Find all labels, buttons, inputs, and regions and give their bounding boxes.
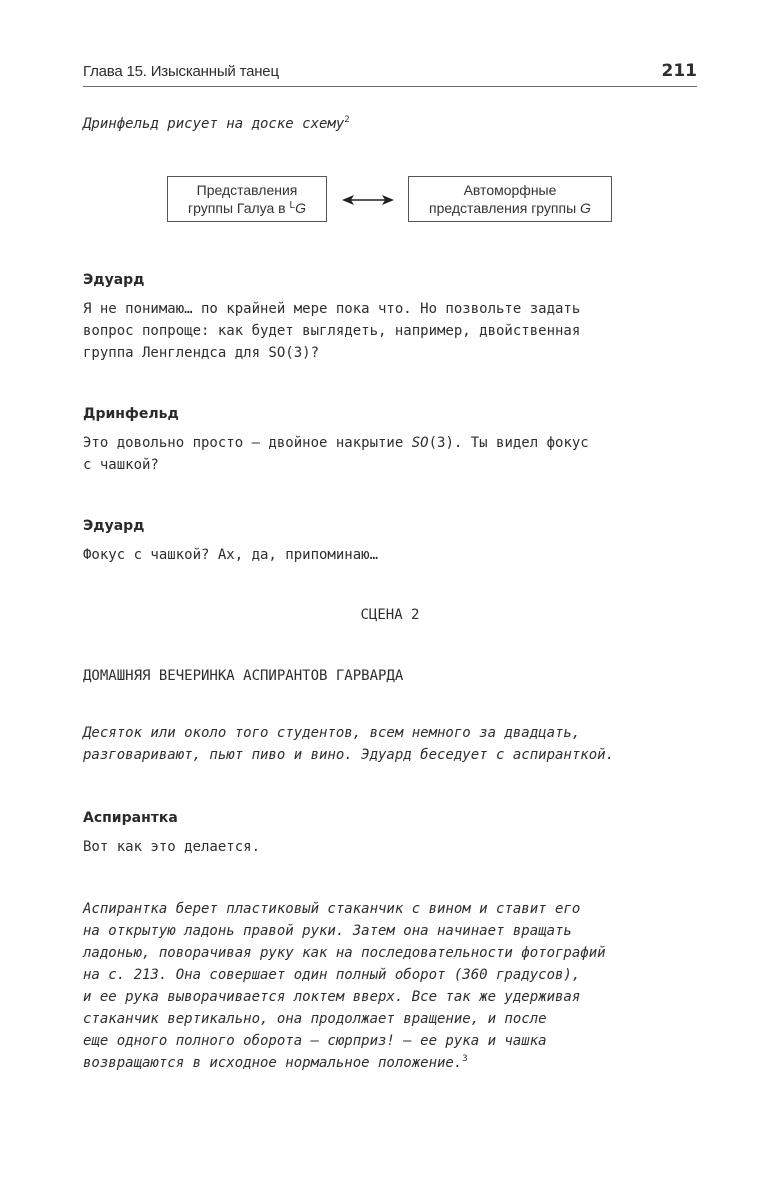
- text-line: Десяток или около того студентов, всем н…: [83, 722, 743, 744]
- double-arrow-icon: [342, 190, 394, 210]
- box-text: представления группы: [429, 200, 580, 216]
- text-line: и ее рука выворачивается локтем вверх. В…: [83, 986, 743, 1008]
- dialogue-text: Вот как это делается.: [83, 836, 743, 858]
- dialogue-text: Это довольно просто — двойное накрытие S…: [83, 432, 743, 476]
- box-text: группы Галуа в: [188, 200, 289, 216]
- footnote-ref: 2: [344, 115, 349, 125]
- text-line: на с. 213. Она совершает один полный обо…: [83, 964, 743, 986]
- text-span: возвращаются в исходное нормальное полож…: [83, 1055, 462, 1071]
- symbol-g: G: [580, 200, 591, 216]
- text-line: на открытую ладонь правой руки. Затем он…: [83, 920, 743, 942]
- diagram-box-galois: Представления группы Галуа в LG: [167, 176, 327, 222]
- box-line: Представления: [168, 181, 326, 199]
- box-line: Автоморфные: [409, 181, 611, 199]
- text-line: вопрос попроще: как будет выглядеть, нап…: [83, 320, 743, 342]
- footnote-ref: 3: [462, 1054, 467, 1064]
- scene-location: ДОМАШНЯЯ ВЕЧЕРИНКА АСПИРАНТОВ ГАРВАРДА: [83, 665, 743, 687]
- chapter-title: Глава 15. Изысканный танец: [83, 63, 279, 80]
- text-line: разговаривают, пьют пиво и вино. Эдуард …: [83, 744, 743, 766]
- text-line: ладонью, поворачивая руку как на последо…: [83, 942, 743, 964]
- text-line: Это довольно просто — двойное накрытие S…: [83, 432, 743, 454]
- symbol-g: G: [295, 200, 306, 216]
- text-line: еще одного полного оборота — сюрприз! — …: [83, 1030, 743, 1052]
- speaker-name: Эдуард: [83, 272, 144, 288]
- text-line: стаканчик вертикально, она продолжает вр…: [83, 1008, 743, 1030]
- speaker-name: Дринфельд: [83, 406, 179, 422]
- dialogue-text: Фокус с чашкой? Ах, да, припоминаю…: [83, 544, 743, 566]
- text-span: Это довольно просто — двойное накрытие: [83, 435, 412, 451]
- text-line: Я не понимаю… по крайней мере пока что. …: [83, 298, 743, 320]
- math-so: SO: [412, 435, 429, 451]
- text-line: Вот как это делается.: [83, 836, 743, 858]
- scene-heading: СЦЕНА 2: [0, 607, 780, 623]
- text-line: с чашкой?: [83, 454, 743, 476]
- speaker-name: Эдуард: [83, 518, 144, 534]
- text-line: возвращаются в исходное нормальное полож…: [83, 1052, 743, 1074]
- text-span: (3). Ты видел фокус: [429, 435, 589, 451]
- scene-direction: Десяток или около того студентов, всем н…: [83, 722, 743, 766]
- text-line: Фокус с чашкой? Ах, да, припоминаю…: [83, 544, 743, 566]
- text-line: группа Ленглендса для SO(3)?: [83, 342, 743, 364]
- text-line: Аспирантка берет пластиковый стаканчик с…: [83, 898, 743, 920]
- running-header: Глава 15. Изысканный танец 211: [83, 60, 697, 87]
- book-page: Глава 15. Изысканный танец 211 Дринфельд…: [0, 0, 780, 1200]
- dialogue-text: Я не понимаю… по крайней мере пока что. …: [83, 298, 743, 364]
- box-line: представления группы G: [409, 199, 611, 217]
- final-stage-direction: Аспирантка берет пластиковый стаканчик с…: [83, 898, 743, 1074]
- diagram: Представления группы Галуа в LG Автоморф…: [167, 176, 612, 226]
- diagram-box-automorphic: Автоморфные представления группы G: [408, 176, 612, 222]
- box-line: группы Галуа в LG: [168, 199, 326, 217]
- stage-direction-text: Дринфельд рисует на доске схему: [83, 116, 344, 132]
- stage-direction-intro: Дринфельд рисует на доске схему2: [83, 113, 743, 135]
- speaker-name: Аспирантка: [83, 810, 178, 826]
- page-number: 211: [662, 61, 698, 81]
